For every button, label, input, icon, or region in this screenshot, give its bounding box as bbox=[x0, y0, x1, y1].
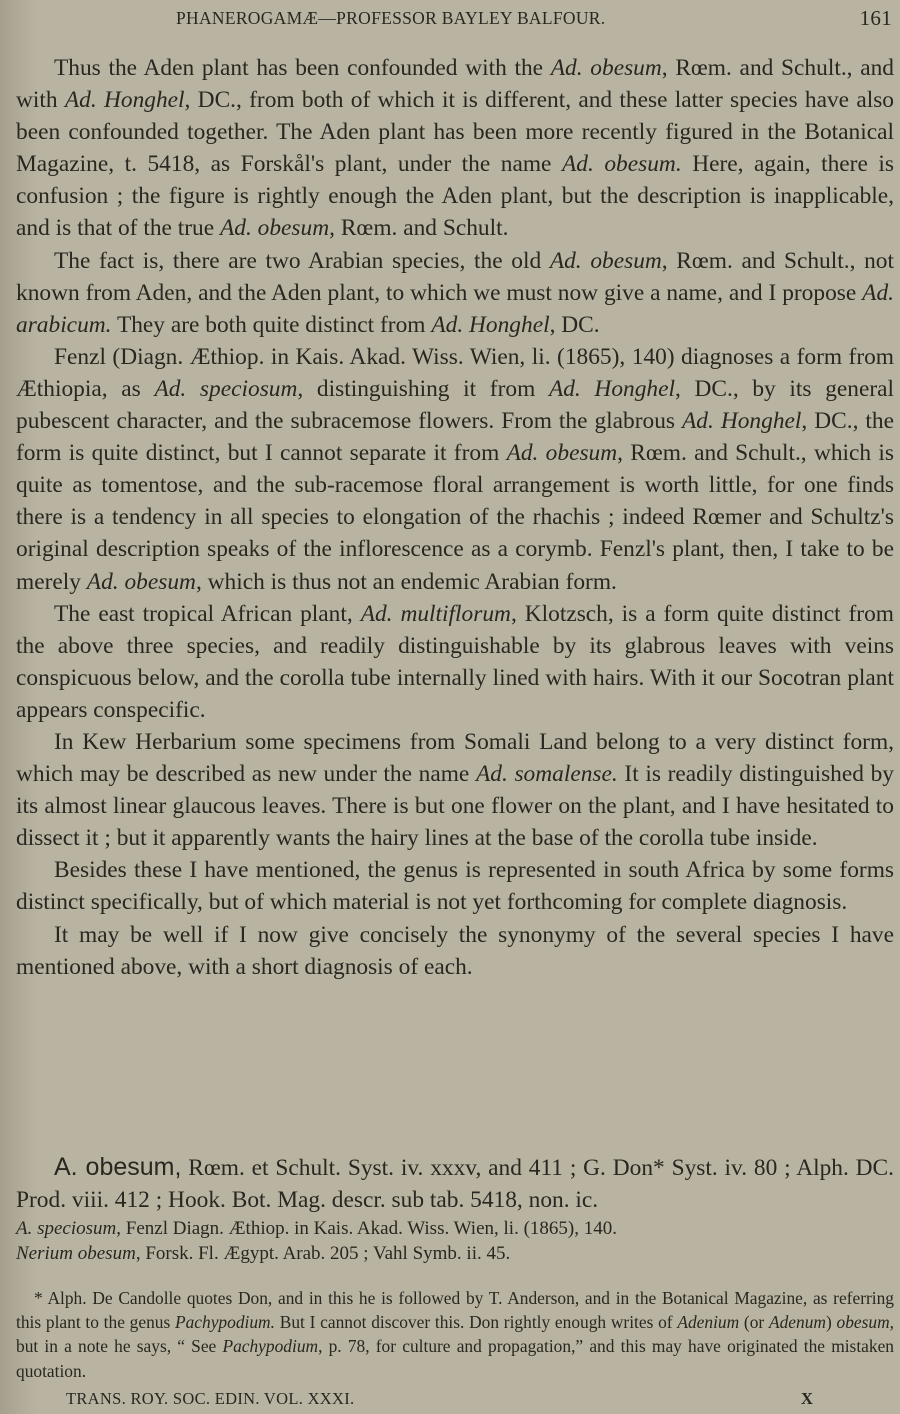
synonym-citation: , Fenzl Diagn. Æthiop. in Kais. Akad. Wi… bbox=[116, 1218, 617, 1239]
main-text: Thus the Aden plant has been confounded … bbox=[16, 52, 894, 983]
text-run: , distinguishing it from bbox=[297, 376, 549, 402]
journal-signature: TRANS. ROY. SOC. EDIN. VOL. XXXI. bbox=[66, 1389, 354, 1409]
text-run: The fact is, there are two Arabian speci… bbox=[54, 248, 550, 274]
italic-taxon: Ad. Honghel bbox=[549, 376, 675, 402]
paragraph: Fenzl (Diagn. Æthiop. in Kais. Akad. Wis… bbox=[16, 341, 894, 598]
text-run: ) bbox=[826, 1312, 837, 1332]
synonym-name: A. speciosum bbox=[16, 1218, 116, 1239]
italic-taxon: Pachypodium. bbox=[175, 1312, 275, 1332]
footnote: * Alph. De Candolle quotes Don, and in t… bbox=[16, 1286, 894, 1383]
italic-taxon: Ad. obesum bbox=[507, 440, 618, 466]
text-run: But I cannot discover this. Don rightly … bbox=[275, 1312, 677, 1332]
text-run: The east tropical African plant, bbox=[54, 601, 361, 627]
italic-taxon: Adenum bbox=[769, 1312, 826, 1332]
italic-taxon: obesum bbox=[837, 1312, 890, 1332]
paragraph: The east tropical African plant, Ad. mul… bbox=[16, 598, 894, 726]
italic-taxon: Ad. obesum bbox=[220, 215, 329, 241]
italic-taxon: Ad. Honghel bbox=[682, 408, 801, 434]
text-run: (or bbox=[739, 1312, 769, 1332]
italic-taxon: Adenium bbox=[677, 1312, 739, 1332]
italic-taxon: Ad. obesum bbox=[87, 569, 196, 595]
paragraph: Besides these I have mentioned, the genu… bbox=[16, 854, 894, 918]
text-run: Besides these I have mentioned, the genu… bbox=[16, 857, 894, 915]
species-entry: A. obesum, Rœm. et Schult. Syst. iv. xxx… bbox=[16, 1151, 894, 1216]
page-number: 161 bbox=[860, 6, 892, 31]
text-run: , which is thus not an endemic Arabian f… bbox=[196, 569, 617, 595]
text-run: Thus the Aden plant has been confounded … bbox=[54, 55, 551, 81]
synonym-name: Nerium obesum bbox=[16, 1243, 136, 1264]
italic-taxon: Ad. obesum bbox=[551, 55, 662, 81]
paragraph: The fact is, there are two Arabian speci… bbox=[16, 245, 894, 341]
synonym-entry: Nerium obesum, Forsk. Fl. Ægypt. Arab. 2… bbox=[16, 1241, 894, 1266]
species-name: A. obesum, bbox=[54, 1153, 181, 1181]
italic-taxon: Ad. Honghel bbox=[431, 312, 549, 338]
italic-taxon: Pachypodium bbox=[222, 1336, 318, 1356]
italic-taxon: Ad. speciosum bbox=[154, 376, 297, 402]
page-header: PHANEROGAMÆ—PROFESSOR BAYLEY BALFOUR. 16… bbox=[16, 4, 894, 34]
footnote-text: * Alph. De Candolle quotes Don, and in t… bbox=[16, 1286, 894, 1383]
text-run: , DC. bbox=[550, 312, 600, 338]
text-run: They are both quite distinct from bbox=[112, 312, 432, 338]
italic-taxon: Ad. Honghel bbox=[65, 87, 185, 113]
gathering-signature-mark: X bbox=[801, 1389, 813, 1409]
italic-taxon: Ad. obesum. bbox=[562, 151, 682, 177]
paragraph: It may be well if I now give concisely t… bbox=[16, 919, 894, 983]
synonymy-section: A. obesum, Rœm. et Schult. Syst. iv. xxx… bbox=[16, 1151, 894, 1266]
synonym-entry: A. speciosum, Fenzl Diagn. Æthiop. in Ka… bbox=[16, 1216, 894, 1241]
text-run: , Rœm. and Schult. bbox=[329, 215, 508, 241]
running-title: PHANEROGAMÆ—PROFESSOR BAYLEY BALFOUR. bbox=[176, 8, 605, 29]
italic-taxon: Ad. somalense. bbox=[476, 761, 618, 787]
synonym-citation: , Forsk. Fl. Ægypt. Arab. 205 ; Vahl Sym… bbox=[136, 1243, 510, 1264]
paragraph: Thus the Aden plant has been confounded … bbox=[16, 52, 894, 245]
italic-taxon: Ad. multiflorum bbox=[361, 601, 511, 627]
paragraph: In Kew Herbarium some specimens from Som… bbox=[16, 726, 894, 854]
italic-taxon: Ad. obesum bbox=[550, 248, 662, 274]
text-run: It may be well if I now give concisely t… bbox=[16, 922, 894, 980]
